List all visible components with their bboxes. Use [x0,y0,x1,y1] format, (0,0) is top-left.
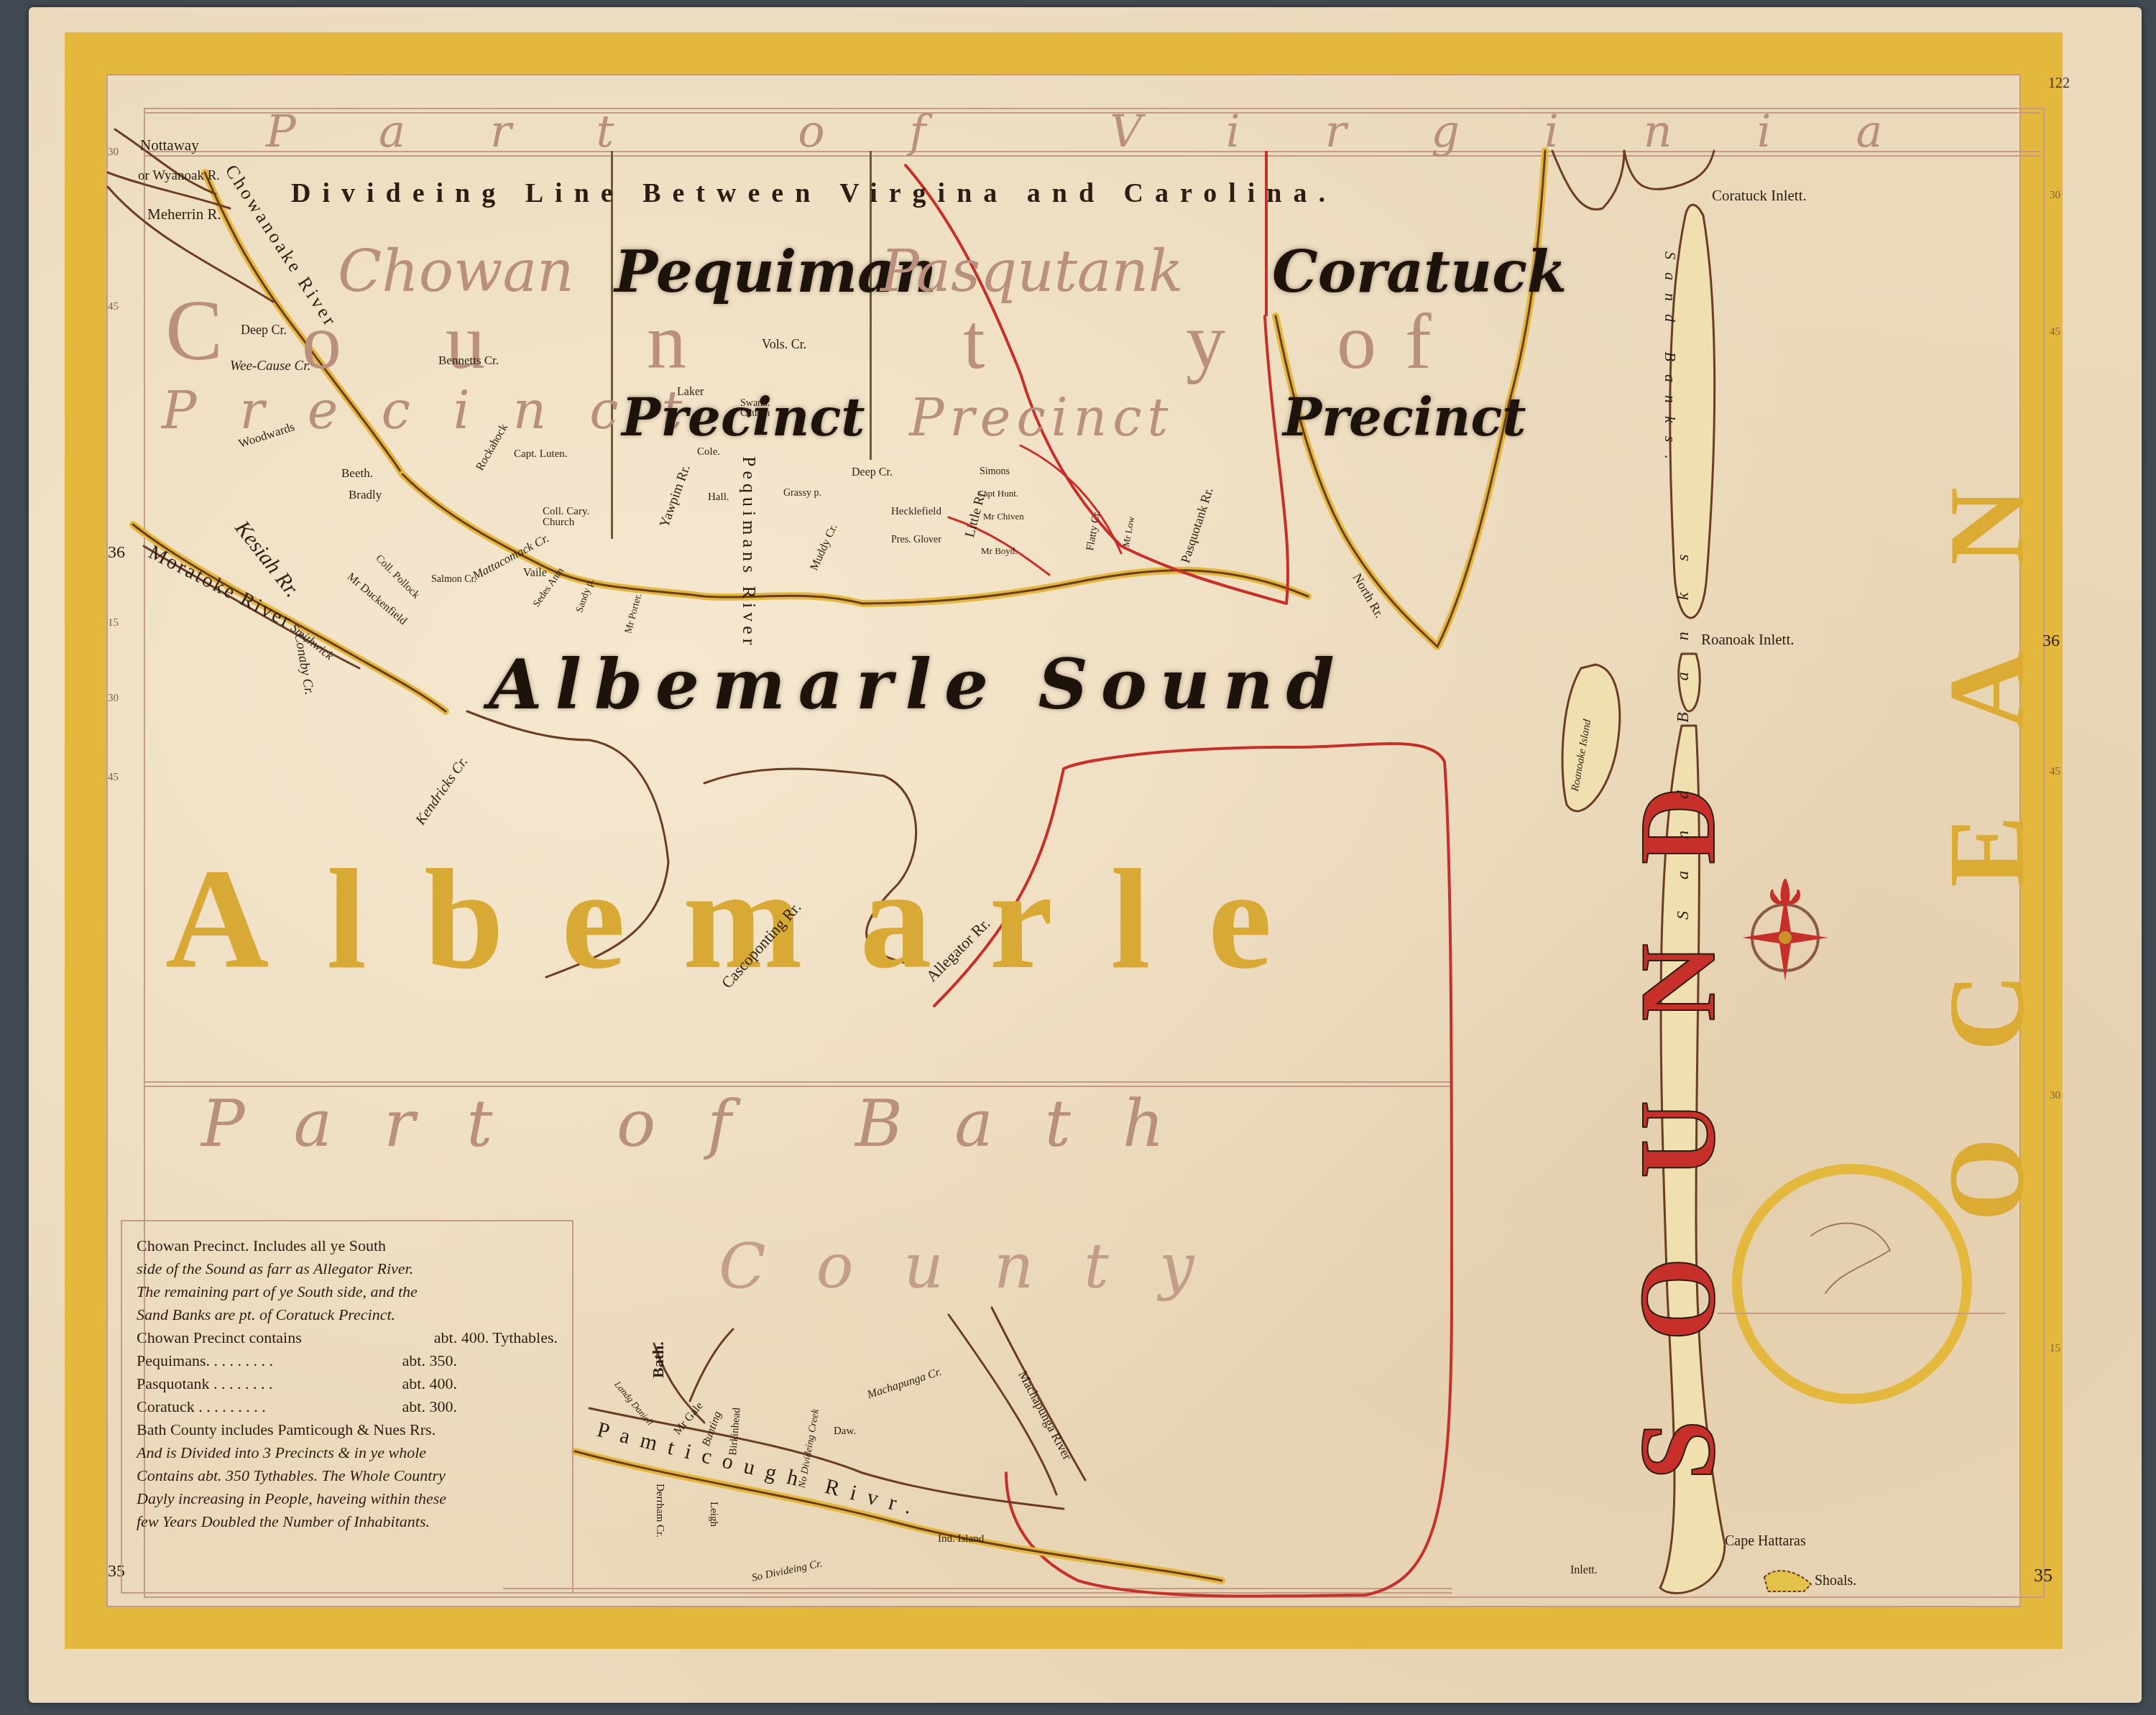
county-of-letter-t: t [963,302,985,381]
roanoak-inlet-label: Roanoak Inlett. [1701,632,1794,647]
legend-line: The remaining part of ye South side, and… [137,1280,558,1303]
creek-label: Vols. Cr. [762,338,806,351]
tythables-value: abt. 350. [402,1349,457,1372]
right-scale-degrees-35: 35 [2034,1566,2053,1585]
place-label: Daw. [834,1426,856,1437]
part-of-virginia-label: Part of Virginia [266,109,1968,154]
place-label: Coll. Cary. Church [543,507,600,528]
right-scale-minutes-30b: 30 [2050,1091,2060,1101]
cape-hatteras-label: Cape Hattaras [1725,1534,1806,1548]
left-scale-minutes-30: 30 [108,147,119,158]
sand-banks-upper-label: Sand Banks. [1662,251,1678,472]
precinct-coratuck-suffix: Precinct [1283,392,1526,443]
tythables-row: Pasquotank . . . . . . . . abt. 400. [137,1372,558,1395]
county-of-word-of: of [1337,302,1460,381]
right-scale-minutes-45: 45 [2050,327,2060,338]
sand-banks-lower-label: Sand Banks [1674,522,1692,920]
scale-of-miles-icon [1737,1169,1967,1399]
creek-label: Derrham Cr. [654,1484,665,1538]
place-label: Ind. Island [938,1534,984,1545]
tythables-row: Coratuck . . . . . . . . . abt. 300. [137,1395,558,1418]
left-scale-minutes-45b: 45 [108,772,119,783]
place-label: Leigh [708,1502,719,1527]
right-scale-minutes-30: 30 [2050,190,2060,201]
legend-line: side of the Sound as farr as Allegator R… [137,1257,558,1280]
legend-bath-line: Dayly increasing in People, haveing with… [137,1487,558,1510]
left-scale-minutes-45: 45 [108,302,119,313]
compass-rose-icon [1751,880,1820,974]
tythables-precinct: Pasquotank . . . . . . . . [137,1372,272,1395]
page-number: 122 [2048,76,2070,91]
place-label: Mr Boyd. [981,546,1018,555]
creek-label: Wee-Cause Cr. [230,359,310,373]
legend-box: Chowan Precinct. Includes all ye South s… [121,1220,573,1594]
left-scale-degrees-36: 36 [108,544,125,561]
place-label: Capt. Luten. [514,449,568,460]
place-label: Vaile [523,568,547,579]
place-label: Simons [980,467,1010,477]
dividing-line-title: Divideing Line Between Virgina and Carol… [291,180,1337,207]
precinct-pasquotank-suffix: Precinct [909,392,1174,443]
tythables-precinct: Chowan Precinct contains [137,1326,302,1349]
bath-county-label: County [719,1236,1245,1298]
place-label: Capt Hunt. [977,489,1018,498]
place-label-bath-town: Bath. [650,1341,666,1378]
county-of-letter-u: u [446,302,485,381]
part-of-bath-label: Part of Bath [201,1092,1216,1157]
legend-bath-line: And is Divided into 3 Precincts & in ye … [137,1441,558,1464]
tythables-row: Pequimans. . . . . . . . . abt. 350. [137,1349,558,1372]
tythables-value: abt. 400. [402,1372,457,1395]
tythables-value: abt. 400. Tythables. [434,1326,558,1349]
tythables-row: Chowan Precinct contains abt. 400. Tytha… [137,1326,558,1349]
place-label: Hecklefield [891,507,941,517]
creek-label: Deep Cr. [241,323,287,336]
legend-bath-line: few Years Doubled the Number of Inhabita… [137,1510,558,1533]
place-label: Laker [677,387,704,398]
precinct-chowan-name: Chowan [338,243,574,300]
albemarle-sound-label: Albemarle Sound [489,650,1347,719]
legend-line: Chowan Precinct. Includes all ye South [137,1234,558,1257]
place-label: Beeth. [341,467,373,479]
creek-label: Deep Cr. [852,467,893,479]
left-scale-minutes-30b: 30 [108,693,119,704]
place-label: Mr Chiven [983,512,1024,521]
right-scale-minutes-15: 15 [2050,1344,2060,1354]
precinct-coratuck-name: Coratuck [1272,243,1567,300]
legend-line: Sand Banks are pt. of Coratuck Precinct. [137,1303,558,1326]
place-label: Pres. Glover [891,535,941,545]
county-of-letter-c: C [165,287,223,374]
river-label: or Wyanoak R. [138,169,220,182]
place-label: Cole. [697,447,720,458]
right-scale-degrees-36: 36 [2042,632,2060,650]
creek-label: Salmon Cr. [431,575,476,585]
ocean-label: OCEAN [1933,401,2041,1221]
river-label: Nottaway [140,138,199,153]
inlet-label: Inlett. [1570,1565,1598,1576]
creek-label: Bennetts Cr. [438,354,499,366]
river-label: Pequimans River [740,456,758,649]
precinct-pasquotank-name: Pasqutank [880,243,1184,300]
tythables-value: abt. 300. [402,1395,457,1418]
county-of-letter-y: y [1186,302,1225,381]
place-label: Hall. [708,492,729,503]
county-of-letter-n: n [647,302,686,381]
place-label: Bradly [349,489,382,501]
tythables-precinct: Coratuck . . . . . . . . . [137,1395,266,1418]
shoals-label: Shoals. [1815,1573,1856,1588]
legend-bath-line: Bath County includes Pamticough & Nues R… [137,1418,558,1441]
legend-bath-line: Contains abt. 350 Tythables. The Whole C… [137,1464,558,1487]
coratuck-inlet-label: Coratuck Inlett. [1712,188,1807,203]
tythables-precinct: Pequimans. . . . . . . . . [137,1349,273,1372]
place-label: Grassy p. [783,489,821,499]
left-scale-minutes-15: 15 [108,618,119,629]
place-label: Swann. Church [740,399,791,419]
right-scale-minutes-45b: 45 [2050,767,2060,777]
river-label: Meherrin R. [147,207,221,222]
